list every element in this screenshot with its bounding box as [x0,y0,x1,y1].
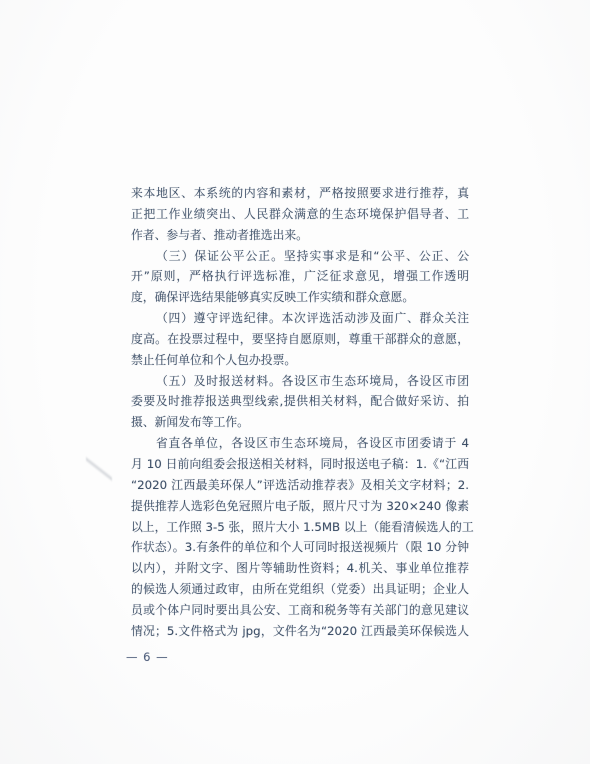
document-body: 来本地区、本系统的内容和素材，严格按照要求进行推荐，真 正把工作业绩突出、人民群… [131,183,469,642]
text-line: 开”原则，严格执行评选标准，广泛征求意见，增强工作透明 [131,266,469,287]
text-line: 月 10 日前向组委会报送相关材料，同时报送电子稿：1.《“江西 [131,454,469,475]
text-line: 以内），并附文字、图片等辅助性资料；4.机关、事业单位推荐 [131,558,469,579]
text-line: 委要及时推荐报送典型线索,提供相关材料，配合做好采访、拍 [131,391,469,412]
text-line-paragraph-start: （四）遵守评选纪律。本次评选活动涉及面广、群众关注 [131,308,469,329]
text-line: 员或个体户同时要出具公安、工商和税务等有关部门的意见建议 [131,600,469,621]
text-line: 度高。在投票过程中，要坚持自愿原则，尊重干部群众的意愿， [131,329,469,350]
text-line: 作者、参与者、推动者推选出来。 [131,225,469,246]
scanned-document-page: 来本地区、本系统的内容和素材，严格按照要求进行推荐，真 正把工作业绩突出、人民群… [0,0,590,764]
text-line: 情况；5.文件格式为 jpg，文件名为“2020 江西最美环保候选人 [131,621,469,642]
text-line-paragraph-start: 省直各单位，各设区市生态环境局，各设区市团委请于 4 [131,433,469,454]
text-line-paragraph-start: （五）及时报送材料。各设区市生态环境局，各设区市团 [131,371,469,392]
text-line: 作状态）。3.有条件的单位和个人可同时报送视频片（限 10 分钟 [131,537,469,558]
text-line: 度，确保评选结果能够真实反映工作实绩和群众意愿。 [131,287,469,308]
text-line: 禁止任何单位和个人包办投票。 [131,350,469,371]
scan-smudge-artifact [86,452,112,486]
text-line: 以上，工作照 3-5 张，照片大小 1.5MB 以上（能看清候选人的工 [131,517,469,538]
text-line: “2020 江西最美环保人”评选活动推荐表》及相关文字材料；2. [131,475,469,496]
text-line: 提供推荐人选彩色免冠照片电子版，照片尺寸为 320×240 像素 [131,496,469,517]
text-line: 来本地区、本系统的内容和素材，严格按照要求进行推荐，真 [131,183,469,204]
text-line-paragraph-start: （三）保证公平公正。坚持实事求是和“公平、公正、公 [131,246,469,267]
page-number: — 6 — [126,650,169,664]
text-line: 正把工作业绩突出、人民群众满意的生态环境保护倡导者、工 [131,204,469,225]
text-line: 的候选人须通过政审，由所在党组织（党委）出具证明；企业人 [131,579,469,600]
text-line: 摄、新闻发布等工作。 [131,412,469,433]
